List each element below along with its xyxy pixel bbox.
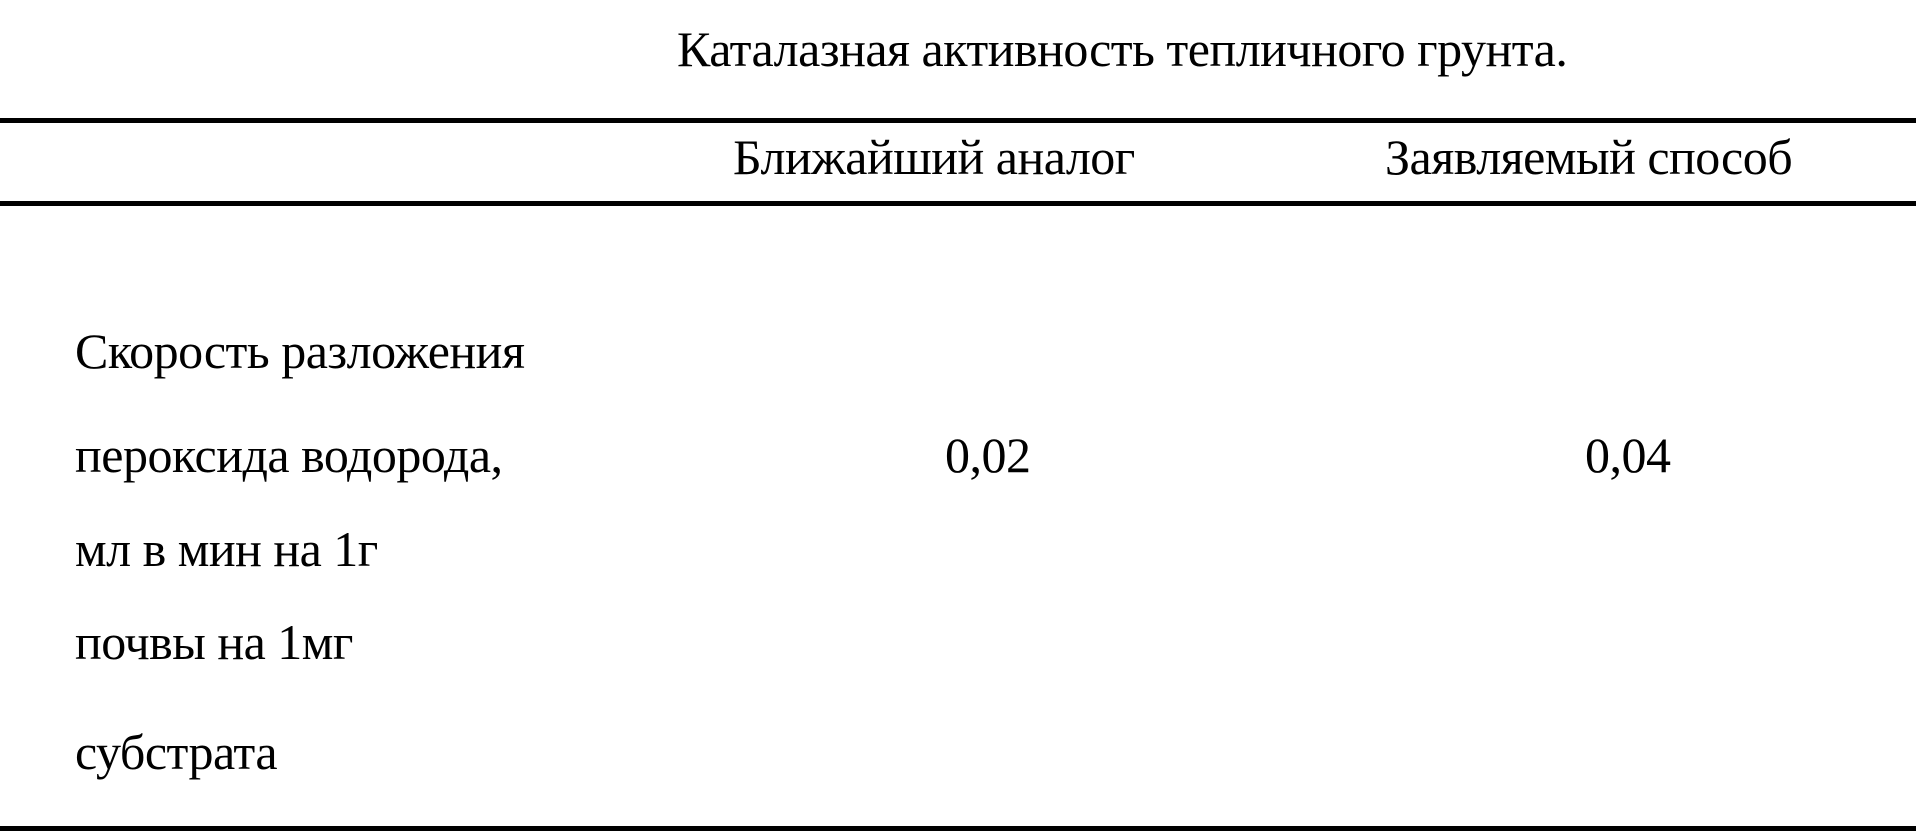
row-label-line: субстрата [75,727,277,777]
top-rule [0,118,1916,123]
row-label-line: почвы на 1мг [75,617,353,667]
value-claimed-method: 0,04 [1585,430,1671,480]
value-nearest-analog: 0,02 [945,430,1031,480]
bottom-rule [0,826,1916,831]
row-label-line: мл в мин на 1г [75,524,378,574]
column-header-claimed-method: Заявляемый способ [1385,132,1792,182]
column-header-nearest-analog: Ближайший аналог [733,132,1135,182]
row-label-line: пероксида водорода, [75,430,503,480]
header-rule [0,201,1916,206]
row-label-line: Скорость разложения [75,326,524,376]
table-title: Каталазная активность тепличного грунта. [677,24,1567,74]
